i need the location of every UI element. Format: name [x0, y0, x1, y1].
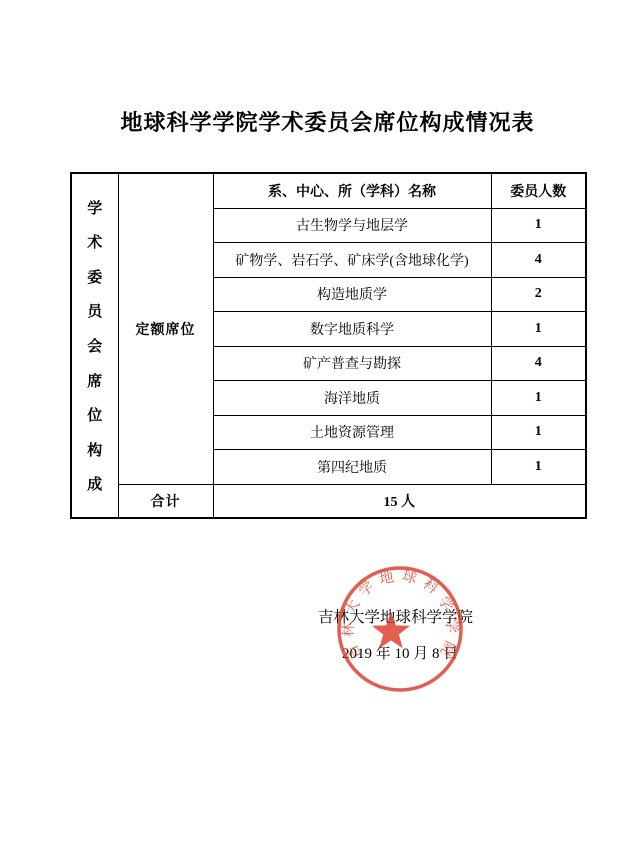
discipline-name: 第四纪地质 — [213, 450, 491, 485]
seal-ring — [339, 568, 461, 690]
total-row: 合计 15 人 — [71, 484, 586, 518]
discipline-name: 矿物学、岩石学、矿床学(含地球化学) — [213, 243, 491, 278]
member-count: 1 — [491, 312, 586, 347]
column-header-name: 系、中心、所（学科）名称 — [213, 173, 491, 208]
vertical-char: 成 — [87, 473, 102, 494]
signature-date: 2019 年 10 月 8 日 — [342, 642, 458, 663]
member-count: 1 — [491, 415, 586, 450]
member-count: 2 — [491, 277, 586, 312]
document-page: 地球科学学院学术委员会席位构成情况表 学 术 委 员 会 席 位 构 成 — [0, 0, 639, 868]
member-count: 1 — [491, 381, 586, 416]
discipline-name: 构造地质学 — [213, 277, 491, 312]
table-header-row: 学 术 委 员 会 席 位 构 成 定额席位 系、中心、所（学科）名称 委员人数 — [71, 173, 586, 208]
vertical-title-cell: 学 术 委 员 会 席 位 构 成 — [71, 173, 118, 518]
vertical-char: 位 — [87, 404, 102, 425]
vertical-char: 会 — [87, 335, 102, 356]
committee-seat-table: 学 术 委 员 会 席 位 构 成 定额席位 系、中心、所（学科）名称 委员人数 — [70, 172, 587, 519]
vertical-char: 员 — [87, 300, 102, 321]
vertical-char: 构 — [87, 439, 102, 460]
vertical-char: 术 — [87, 231, 102, 252]
member-count: 1 — [491, 208, 586, 243]
vertical-char: 委 — [87, 266, 102, 287]
vertical-char: 席 — [87, 370, 102, 391]
column-header-count: 委员人数 — [491, 173, 586, 208]
discipline-name: 矿产普查与勘探 — [213, 346, 491, 381]
member-count: 1 — [491, 450, 586, 485]
vertical-char: 学 — [87, 197, 102, 218]
signature-organization: 吉林大学地球科学学院 — [318, 605, 473, 627]
member-count: 4 — [491, 243, 586, 278]
discipline-name: 土地资源管理 — [213, 415, 491, 450]
official-seal: 吉林大学地球科学学院 — [332, 561, 468, 697]
total-label: 合计 — [118, 484, 213, 518]
vertical-title: 学 术 委 员 会 席 位 构 成 — [74, 190, 116, 501]
quota-seats-cell: 定额席位 — [118, 173, 213, 484]
page-title: 地球科学学院学术委员会席位构成情况表 — [70, 106, 585, 137]
total-value: 15 人 — [213, 484, 586, 518]
discipline-name: 海洋地质 — [213, 381, 491, 416]
member-count: 4 — [491, 346, 586, 381]
discipline-name: 数字地质科学 — [213, 312, 491, 347]
discipline-name: 古生物学与地层学 — [213, 208, 491, 243]
